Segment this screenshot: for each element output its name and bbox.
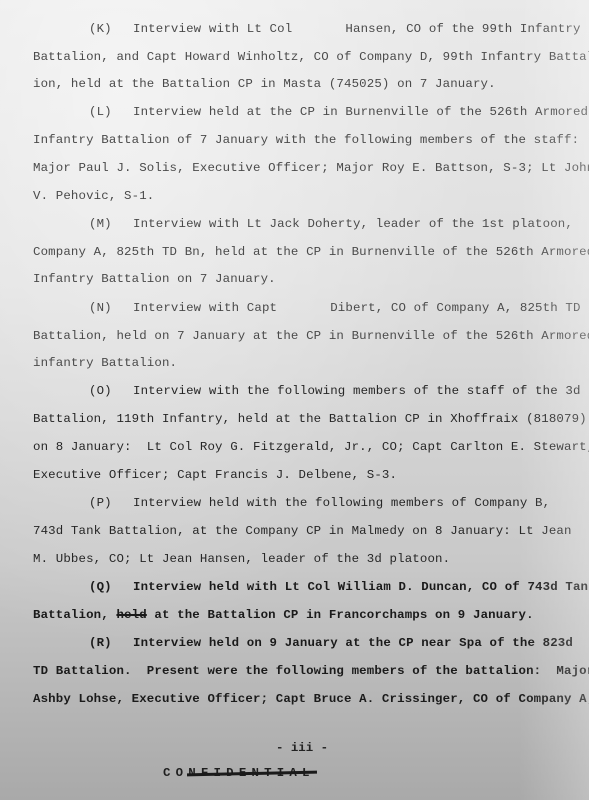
paragraph-o-line-2: Battalion, 119th Infantry, held at the B… (33, 412, 587, 426)
paragraph-n-label: (N) (89, 301, 133, 315)
page-number: - iii - (276, 741, 328, 755)
paragraph-k-label: (K) (89, 22, 133, 36)
paragraph-r-label: (R) (89, 636, 133, 650)
paragraph-p-line-3: M. Ubbes, CO; Lt Jean Hansen, leader of … (33, 552, 450, 566)
paragraph-r-line-2: TD Battalion. Present were the following… (33, 664, 589, 678)
paragraph-l-label: (L) (89, 105, 133, 119)
paragraph-k-line-2: Battalion, and Capt Howard Winholtz, CO … (33, 50, 589, 64)
paragraph-k-line-1: (K)Interview with Lt Col Hansen, CO of t… (89, 22, 581, 36)
paragraph-l-line-1: (L)Interview held at the CP in Burnenvil… (89, 105, 588, 119)
paragraph-l-line-3: Major Paul J. Solis, Executive Officer; … (33, 161, 589, 175)
paragraph-m-line-1: (M)Interview with Lt Jack Doherty, leade… (89, 217, 573, 231)
paragraph-m-line-3: Infantry Battalion on 7 January. (33, 272, 276, 286)
paragraph-p-label: (P) (89, 496, 133, 510)
paragraph-o-line-3: on 8 January: Lt Col Roy G. Fitzgerald, … (33, 440, 589, 454)
paragraph-r-line-1: (R)Interview held on 9 January at the CP… (89, 636, 573, 650)
paragraph-n-line-2: Battalion, held on 7 January at the CP i… (33, 329, 589, 343)
paragraph-q-line-1: (Q)Interview held with Lt Col William D.… (89, 580, 589, 594)
paragraph-q-label: (Q) (89, 580, 133, 594)
paragraph-m-label: (M) (89, 217, 133, 231)
paragraph-r-line-3: Ashby Lohse, Executive Officer; Capt Bru… (33, 692, 589, 706)
paragraph-l-line-2: Infantry Battalion of 7 January with the… (33, 133, 579, 147)
paragraph-p-line-2: 743d Tank Battalion, at the Company CP i… (33, 524, 572, 538)
paragraph-n-line-1: (N)Interview with Capt Dibert, CO of Com… (89, 301, 581, 315)
paragraph-k-line-3: ion, held at the Battalion CP in Masta (… (33, 77, 496, 91)
paragraph-p-line-1: (P)Interview held with the following mem… (89, 496, 550, 510)
paragraph-o-line-1: (O)Interview with the following members … (89, 384, 581, 398)
paragraph-q-line-2-prefix: Battalion, (33, 608, 116, 622)
document-page: (K)Interview with Lt Col Hansen, CO of t… (0, 0, 589, 800)
paragraph-n-line-3: infantry Battalion. (33, 356, 177, 370)
paragraph-o-label: (O) (89, 384, 133, 398)
paragraph-m-line-2: Company A, 825th TD Bn, held at the CP i… (33, 245, 589, 259)
struck-word: held (116, 608, 146, 622)
paragraph-q-line-2: Battalion, held at the Battalion CP in F… (33, 608, 534, 622)
paragraph-l-line-4: V. Pehovic, S-1. (33, 189, 154, 203)
paragraph-o-line-4: Executive Officer; Capt Francis J. Delbe… (33, 468, 397, 482)
paragraph-q-line-2-suffix: at the Battalion CP in Francorchamps on … (147, 608, 534, 622)
